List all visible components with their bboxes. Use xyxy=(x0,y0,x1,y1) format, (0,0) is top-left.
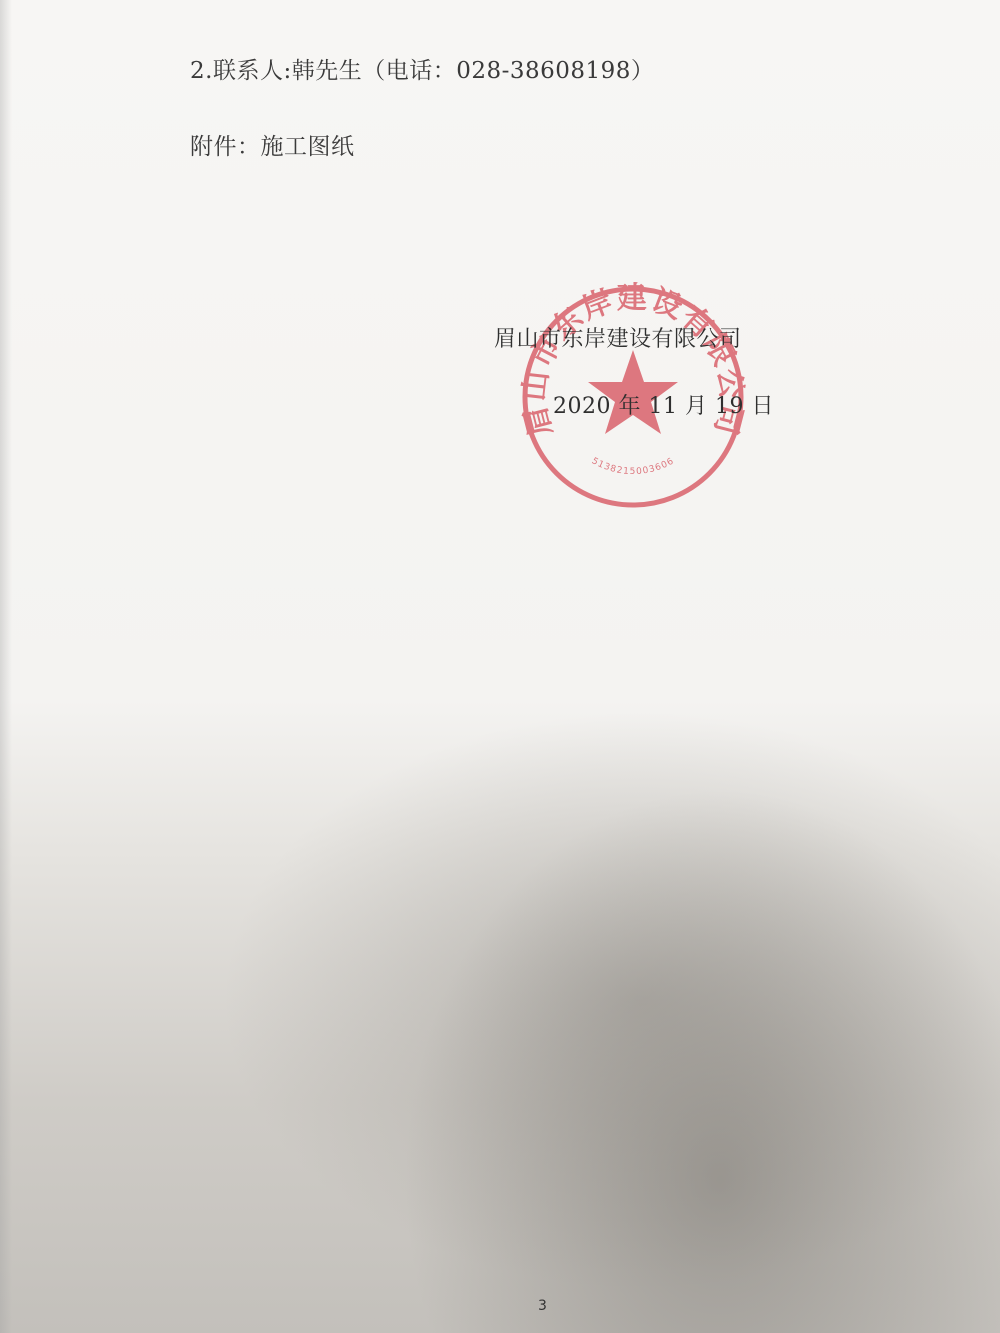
seal-number: 5138215003606 xyxy=(590,456,676,477)
page-number: 3 xyxy=(538,1298,547,1314)
attachment-line: 附件：施工图纸 xyxy=(190,128,355,161)
document-page: 2.联系人:韩先生（电话：028-38608198） 附件：施工图纸 眉山市东岸… xyxy=(0,0,1000,1333)
svg-text:5138215003606: 5138215003606 xyxy=(590,456,676,477)
signature-date: 2020 年 11 月 19 日 xyxy=(553,389,774,420)
contact-line: 2.联系人:韩先生（电话：028-38608198） xyxy=(190,52,654,85)
signature-company-name: 眉山市东岸建设有限公司 xyxy=(494,322,742,353)
